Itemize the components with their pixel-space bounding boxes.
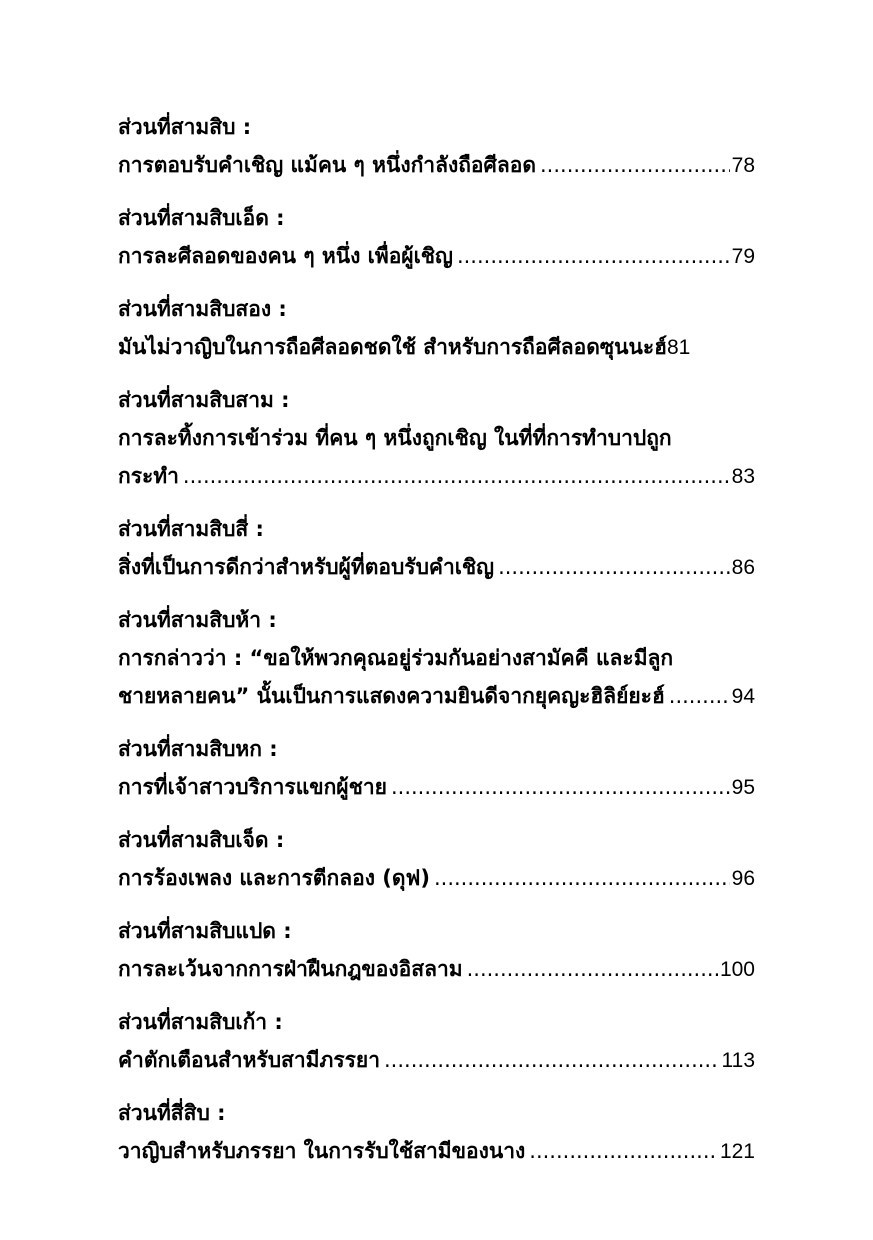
section-heading: ส่วนที่สามสิบ : <box>118 108 755 146</box>
section-title-line: ชายหลายคน” นั้นเป็นการแสดงความยินดีจากยุ… <box>118 677 755 715</box>
section-title-line: มันไม่วาญิบในการถือศีลอดชดใช้ สำหรับการถ… <box>118 328 755 366</box>
section-heading: ส่วนที่สามสิบหก : <box>118 730 755 768</box>
section-heading: ส่วนที่สามสิบสาม : <box>118 381 755 419</box>
section-heading: ส่วนที่สามสิบเอ็ด : <box>118 199 755 237</box>
section-title: การร้องเพลง และการตีกลอง (ดุฟ) <box>118 859 430 897</box>
dot-leader <box>434 859 730 897</box>
dot-leader <box>669 677 730 715</box>
toc-entry[interactable]: ส่วนที่สามสิบเจ็ด : การร้องเพลง และการตี… <box>118 821 755 897</box>
page-number: 113 <box>722 1042 755 1080</box>
dot-leader <box>540 146 730 184</box>
section-title-continued: การละทิ้งการเข้าร่วม ที่คน ๆ หนึ่งถูกเชิ… <box>118 419 755 457</box>
page-number: 79 <box>732 238 755 276</box>
page-number: 100 <box>720 951 755 989</box>
dot-leader <box>467 950 718 988</box>
dot-leader <box>529 1132 718 1170</box>
section-heading: ส่วนที่สามสิบเก้า : <box>118 1003 755 1041</box>
section-title: มันไม่วาญิบในการถือศีลอดชดใช้ สำหรับการถ… <box>118 328 667 366</box>
toc-entry[interactable]: ส่วนที่สามสิบเอ็ด : การละศีลอดของคน ๆ หน… <box>118 199 755 275</box>
section-title: ชายหลายคน” นั้นเป็นการแสดงความยินดีจากยุ… <box>118 677 665 715</box>
section-title: การละเว้นจากการฝ่าฝืนกฎของอิสลาม <box>118 950 463 988</box>
section-title-line: การที่เจ้าสาวบริการแขกผู้ชาย 95 <box>118 768 755 806</box>
toc-entry[interactable]: ส่วนที่สามสิบ : การตอบรับคำเชิญ แม้คน ๆ … <box>118 108 755 184</box>
toc-entry[interactable]: ส่วนที่สามสิบหก : การที่เจ้าสาวบริการแขก… <box>118 730 755 806</box>
toc-entry[interactable]: ส่วนที่สามสิบสี่ : สิ่งที่เป็นการดีกว่าส… <box>118 510 755 586</box>
dot-leader <box>183 457 730 495</box>
page-number: 121 <box>720 1133 755 1171</box>
page-number: 83 <box>732 458 755 496</box>
section-title: การละศีลอดของคน ๆ หนึ่ง เพื่อผู้เชิญ <box>118 237 453 275</box>
page-number: 86 <box>732 549 755 587</box>
section-heading: ส่วนที่สามสิบเจ็ด : <box>118 821 755 859</box>
section-title-line: การตอบรับคำเชิญ แม้คน ๆ หนึ่งกำลังถือศีล… <box>118 146 755 184</box>
section-title: สิ่งที่เป็นการดีกว่าสำหรับผู้ที่ตอบรับคำ… <box>118 548 494 586</box>
page-number: 78 <box>732 147 755 185</box>
section-title-line: การร้องเพลง และการตีกลอง (ดุฟ) 96 <box>118 859 755 897</box>
toc-entry[interactable]: ส่วนที่สามสิบสอง : มันไม่วาญิบในการถือศี… <box>118 290 755 366</box>
section-title: วาญิบสำหรับภรรยา ในการรับใช้สามีของนาง <box>118 1132 525 1170</box>
section-title: คำตักเตือนสำหรับสามีภรรยา <box>118 1041 380 1079</box>
section-heading: ส่วนที่สามสิบห้า : <box>118 601 755 639</box>
toc-entry[interactable]: ส่วนที่สามสิบเก้า : คำตักเตือนสำหรับสามี… <box>118 1003 755 1079</box>
page-number: 95 <box>732 769 755 807</box>
section-title-line: สิ่งที่เป็นการดีกว่าสำหรับผู้ที่ตอบรับคำ… <box>118 548 755 586</box>
section-title: กระทำ <box>118 457 179 495</box>
dot-leader <box>384 1041 720 1079</box>
section-title-line: คำตักเตือนสำหรับสามีภรรยา 113 <box>118 1041 755 1079</box>
dot-leader <box>498 548 730 586</box>
page-number: 81 <box>667 329 690 367</box>
toc-entry[interactable]: ส่วนที่สามสิบห้า : การกล่าวว่า : “ขอให้พ… <box>118 601 755 715</box>
page-number: 96 <box>732 860 755 898</box>
section-title-line: การละศีลอดของคน ๆ หนึ่ง เพื่อผู้เชิญ 79 <box>118 237 755 275</box>
page-number: 94 <box>732 678 755 716</box>
section-heading: ส่วนที่สี่สิบ : <box>118 1094 755 1132</box>
toc-entry[interactable]: ส่วนที่สี่สิบ : วาญิบสำหรับภรรยา ในการรั… <box>118 1094 755 1170</box>
section-title-line: กระทำ 83 <box>118 457 755 495</box>
section-title-continued: การกล่าวว่า : “ขอให้พวกคุณอยู่ร่วมกันอย่… <box>118 639 755 677</box>
toc-entry[interactable]: ส่วนที่สามสิบสาม : การละทิ้งการเข้าร่วม … <box>118 381 755 495</box>
dot-leader <box>457 237 730 275</box>
dot-leader <box>391 768 730 806</box>
section-title: การตอบรับคำเชิญ แม้คน ๆ หนึ่งกำลังถือศีล… <box>118 146 536 184</box>
section-heading: ส่วนที่สามสิบแปด : <box>118 912 755 950</box>
section-title-line: การละเว้นจากการฝ่าฝืนกฎของอิสลาม 100 <box>118 950 755 988</box>
table-of-contents: ส่วนที่สามสิบ : การตอบรับคำเชิญ แม้คน ๆ … <box>118 108 755 1185</box>
section-title: การที่เจ้าสาวบริการแขกผู้ชาย <box>118 768 387 806</box>
section-title-line: วาญิบสำหรับภรรยา ในการรับใช้สามีของนาง 1… <box>118 1132 755 1170</box>
section-heading: ส่วนที่สามสิบสี่ : <box>118 510 755 548</box>
toc-entry[interactable]: ส่วนที่สามสิบแปด : การละเว้นจากการฝ่าฝืน… <box>118 912 755 988</box>
section-heading: ส่วนที่สามสิบสอง : <box>118 290 755 328</box>
